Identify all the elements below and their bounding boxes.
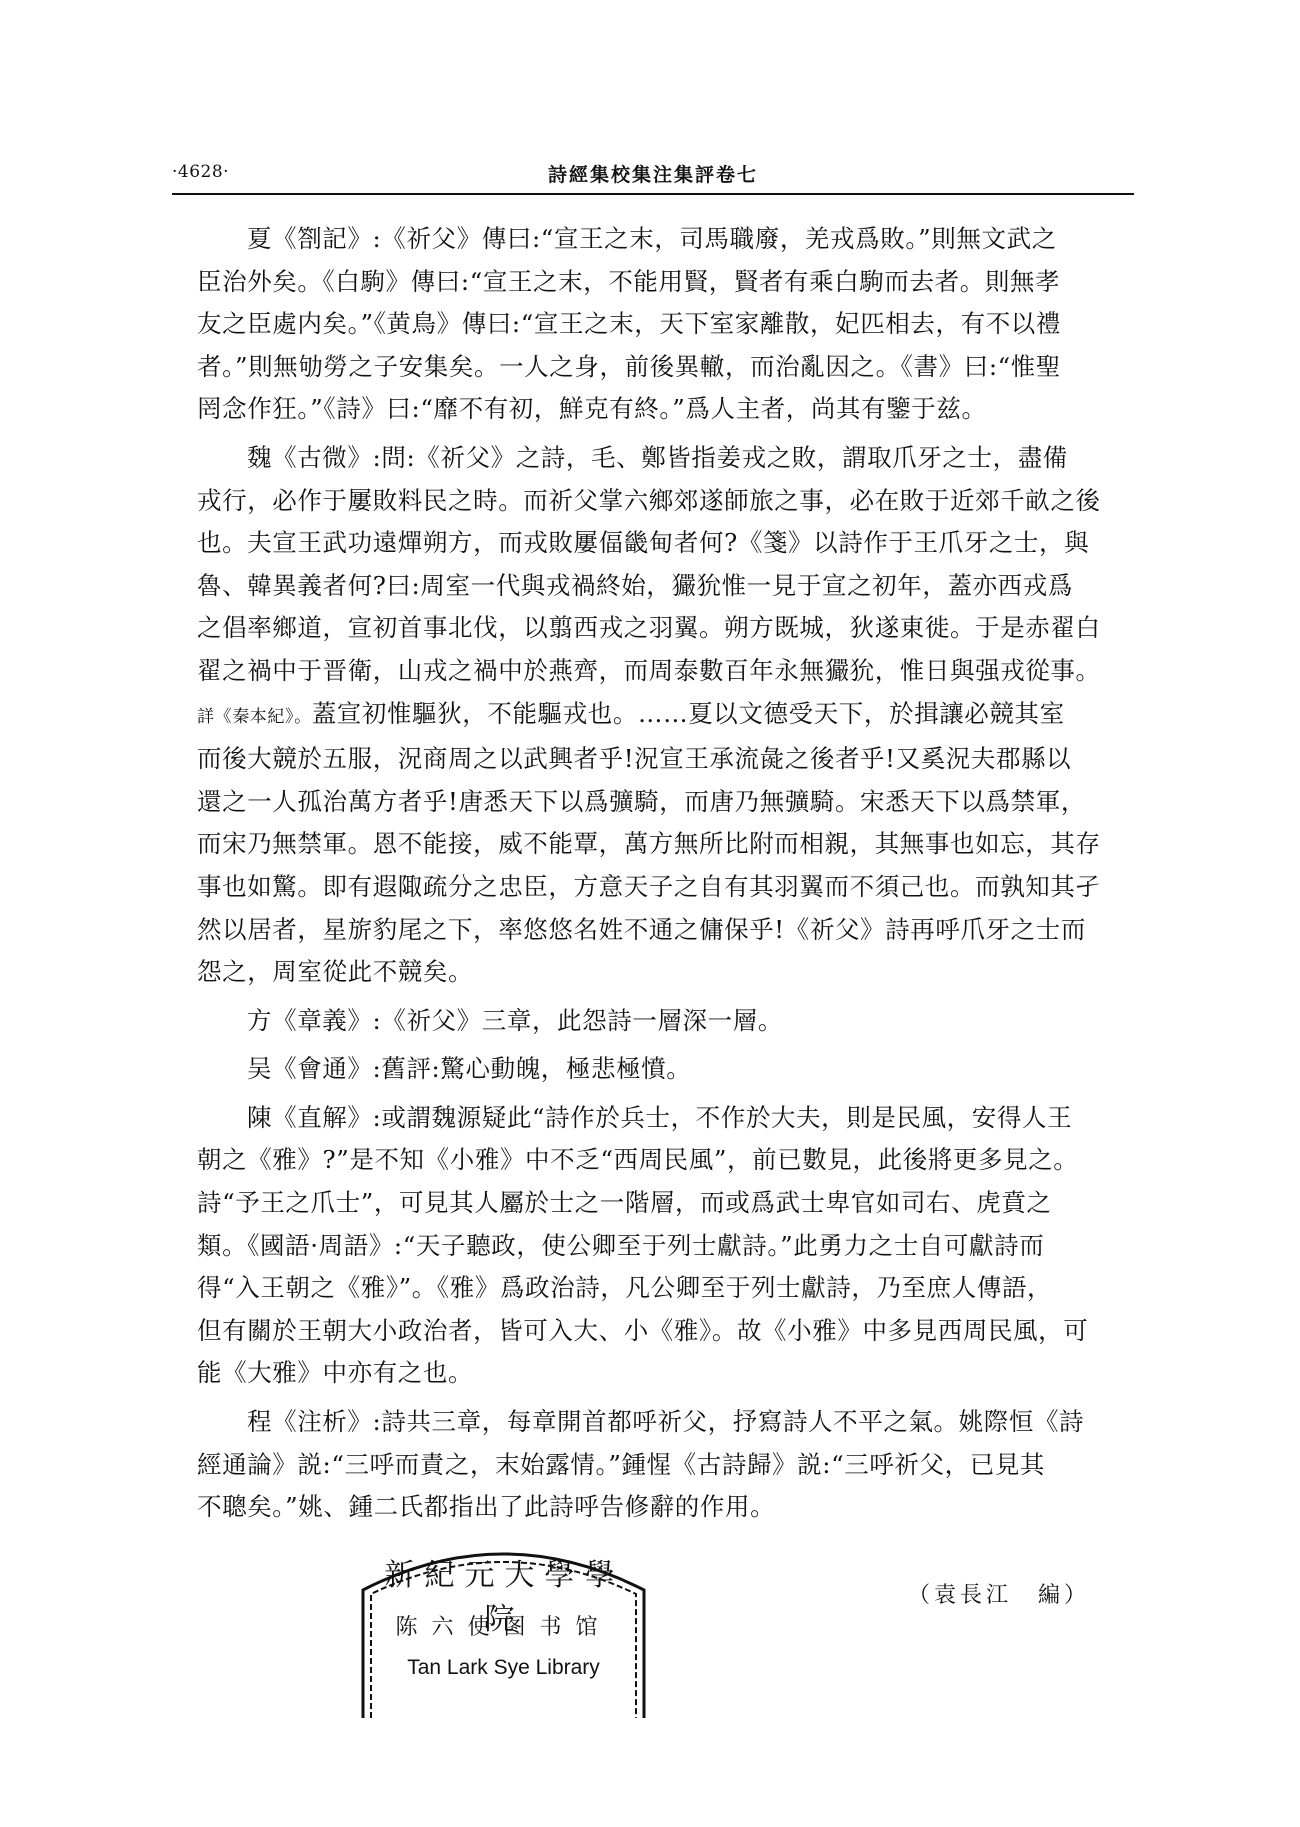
- text-line: 能《大雅》中亦有之也。: [148, 1352, 1138, 1395]
- page-header: ·4628· 詩經集校集注集評卷七: [172, 150, 1134, 198]
- commentary-paragraph-chen: 陳《直解》:或謂魏源疑此“詩作於兵士，不作於大夫，則是民風，安得人王朝之《雅》?…: [198, 1097, 1138, 1395]
- text-line: 而宋乃無禁軍。恩不能接，威不能覃，萬方無所比附而相親，其無事也如忘，其存: [148, 823, 1138, 866]
- text-line: 詳《秦本紀》。蓋宣初惟驅狄，不能驅戎也。……夏以文德受天下，於揖讓必競其室: [148, 693, 1138, 739]
- text-line: 事也如驚。即有遐陬疏分之忠臣，方意天子之自有其羽翼而不須己也。而孰知其孑: [148, 866, 1138, 909]
- text-line: 不聰矣。”姚、鍾二氏都指出了此詩呼告修辭的作用。: [148, 1486, 1138, 1529]
- text-line: 翟之禍中于晋衛，山戎之禍中於燕齊，而周泰數百年永無玁狁，惟日與强戎從事。: [148, 650, 1138, 693]
- text-line: 經通論》説:“三呼而責之，末始露情。”鍾惺《古詩歸》説:“三呼祈父，已見其: [148, 1444, 1138, 1487]
- text-run: 蓋宣初惟驅狄，不能驅戎也。……夏以文德受天下，於揖讓必競其室: [312, 699, 1065, 728]
- editor-credit: （袁長江 編）: [908, 1578, 1090, 1609]
- text-line: 者。”則無劬勞之子安集矣。一人之身，前後異轍，而治亂因之。《書》曰:“惟聖: [148, 346, 1138, 389]
- text-line: 怨之，周室從此不競矣。: [148, 951, 1138, 994]
- text-line: 還之一人孤治萬方者乎!唐悉天下以爲彍騎，而唐乃無彍騎。宋悉天下以爲禁軍，: [148, 781, 1138, 824]
- stamp-library-name-english: Tan Lark Sye Library: [357, 1656, 650, 1680]
- text-line: 得“入王朝之《雅》”。《雅》爲政治詩，凡公卿至于列士獻詩，乃至庶人傳語，: [148, 1267, 1138, 1310]
- text-line: 臣治外矣。《白駒》傳曰:“宣王之末，不能用賢，賢者有乘白駒而去者。則無孝: [148, 261, 1138, 304]
- commentary-paragraph-cheng: 程《注析》:詩共三章，每章開首都呼祈父，抒寫詩人不平之氣。姚際恒《詩經通論》説:…: [198, 1401, 1138, 1529]
- stamp-library-name-chinese: 陈六使图书馆: [357, 1610, 650, 1641]
- text-line: 程《注析》:詩共三章，每章開首都呼祈父，抒寫詩人不平之氣。姚際恒《詩: [198, 1401, 1138, 1444]
- text-line: 然以居者，星旂豹尾之下，率悠悠名姓不通之傭保乎!《祈父》詩再呼爪牙之士而: [148, 909, 1138, 952]
- text-line: 夏《劄記》:《祈父》傳曰:“宣王之末，司馬職廢，羌戎爲敗。”則無文武之: [198, 218, 1138, 261]
- text-line: 也。夫宣王武功遠燀朔方，而戎敗屢偪畿甸者何?《箋》以詩作于王爪牙之士，與: [148, 522, 1138, 565]
- text-line: 友之臣處内矣。”《黄鳥》傳曰:“宣王之末，天下室家離散，妃匹相去，有不以禮: [148, 303, 1138, 346]
- text-line: 而後大競於五服，況商周之以武興者乎!況宣王承流彘之後者乎!又奚況夫郡縣以: [148, 738, 1138, 781]
- text-line: 朝之《雅》?”是不知《小雅》中不乏“西周民風”，前已數見，此後將更多見之。: [148, 1139, 1138, 1182]
- running-title: 詩經集校集注集評卷七: [172, 160, 1134, 187]
- text-line: 類。《國語·周語》:“天子聽政，使公卿至于列士獻詩。”此勇力之士自可獻詩而: [148, 1225, 1138, 1268]
- text-line: 罔念作狂。”《詩》曰:“靡不有初，鮮克有終。”爲人主者，尚其有鑒于兹。: [148, 388, 1138, 431]
- text-line: 戎行，必作于屢敗料民之時。而祈父掌六鄉郊遂師旅之事，必在敗于近郊千畝之後: [148, 480, 1138, 523]
- header-rule: [172, 193, 1134, 195]
- text-line: 詩“予王之爪士”，可見其人屬於士之一階層，而或爲武士卑官如司右、虎賁之: [148, 1182, 1138, 1225]
- inline-note: 詳《秦本紀》。: [197, 707, 312, 727]
- text-line: 之倡率鄉道，宣初首事北伐，以翦西戎之羽翼。朔方既城，狄遂東徙。于是赤翟白: [148, 607, 1138, 650]
- commentary-paragraph-xia: 夏《劄記》:《祈父》傳曰:“宣王之末，司馬職廢，羌戎爲敗。”則無文武之臣治外矣。…: [198, 218, 1138, 431]
- text-line: 魯、韓異義者何?曰:周室一代與戎禍終始，玁狁惟一見于宣之初年，蓋亦西戎爲: [148, 565, 1138, 608]
- text-line: 但有關於王朝大小政治者，皆可入大、小《雅》。故《小雅》中多見西周民風，可: [148, 1310, 1138, 1353]
- text-line: 方《章義》:《祈父》三章，此怨詩一層深一層。: [198, 1000, 1138, 1043]
- library-stamp: 新紀元大學學院 陈六使图书馆 Tan Lark Sye Library: [357, 1528, 650, 1718]
- text-line: 魏《古微》:問:《祈父》之詩，毛、鄭皆指姜戎之敗，謂取爪牙之士，盡備: [198, 437, 1138, 480]
- commentary-paragraph-fang: 方《章義》:《祈父》三章，此怨詩一層深一層。: [198, 1000, 1138, 1043]
- commentary-body: 夏《劄記》:《祈父》傳曰:“宣王之末，司馬職廢，羌戎爲敗。”則無文武之臣治外矣。…: [198, 218, 1138, 1535]
- text-line: 陳《直解》:或謂魏源疑此“詩作於兵士，不作於大夫，則是民風，安得人王: [198, 1097, 1138, 1140]
- commentary-paragraph-wu: 吴《會通》:舊評:驚心動魄，極悲極憤。: [198, 1048, 1138, 1091]
- text-line: 吴《會通》:舊評:驚心動魄，極悲極憤。: [198, 1048, 1138, 1091]
- commentary-paragraph-wei: 魏《古微》:問:《祈父》之詩，毛、鄭皆指姜戎之敗，謂取爪牙之士，盡備戎行，必作于…: [198, 437, 1138, 994]
